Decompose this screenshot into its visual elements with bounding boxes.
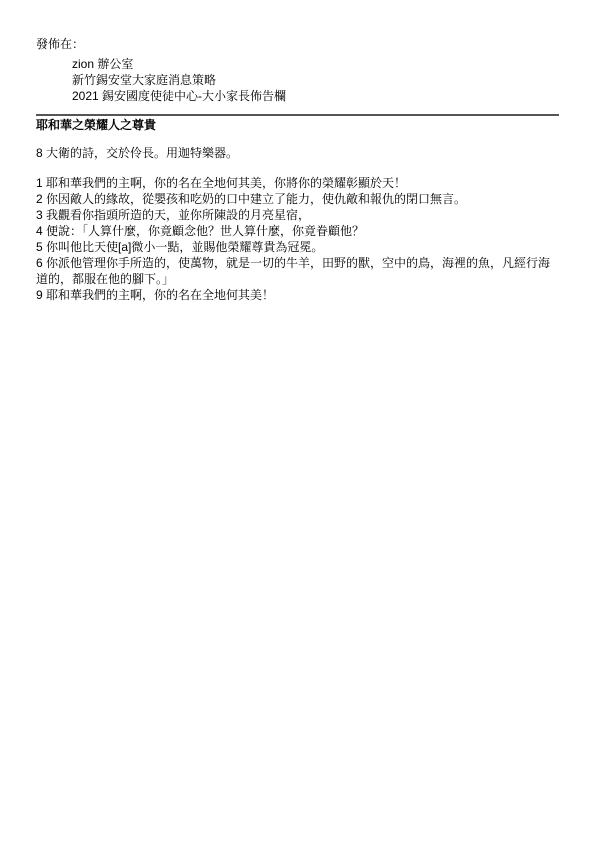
verse-line: 2 你因敵人的緣故，從嬰孩和吃奶的口中建立了能力，使仇敵和報仇的閉口無言。 [36, 191, 559, 207]
document-page: 發佈在： zion 辦公室新竹錫安堂大家庭消息策略2021 錫安國度使徒中心-大… [0, 0, 595, 842]
section-divider [36, 114, 559, 116]
verse-line: 3 我觀看你指頭所造的天，並你所陳設的月亮星宿， [36, 207, 559, 223]
verse-list: 1 耶和華我們的主啊，你的名在全地何其美，你將你的榮耀彰顯於天！2 你因敵人的緣… [36, 175, 559, 303]
verse-line: 4 便說：「人算什麼，你竟顧念他？世人算什麼，你竟眷顧他？ [36, 223, 559, 239]
article-title: 耶和華之榮耀人之尊貴 [36, 117, 559, 133]
verse-line: 1 耶和華我們的主啊，你的名在全地何其美，你將你的榮耀彰顯於天！ [36, 175, 559, 191]
publish-channel: 新竹錫安堂大家庭消息策略 [72, 72, 559, 88]
verse-line: 9 耶和華我們的主啊，你的名在全地何其美！ [36, 287, 559, 303]
verse-line: 6 你派他管理你手所造的，使萬物，就是一切的牛羊，田野的獸，空中的鳥，海裡的魚，… [36, 255, 559, 287]
publish-block: 發佈在： zion 辦公室新竹錫安堂大家庭消息策略2021 錫安國度使徒中心-大… [36, 36, 559, 104]
publish-channel-list: zion 辦公室新竹錫安堂大家庭消息策略2021 錫安國度使徒中心-大小家長佈告… [72, 56, 559, 104]
verse-line: 5 你叫他比天使[a]微小一點，並賜他榮耀尊貴為冠冕。 [36, 239, 559, 255]
publish-channel: 2021 錫安國度使徒中心-大小家長佈告欄 [72, 88, 559, 104]
publish-label: 發佈在： [36, 36, 559, 52]
publish-channel: zion 辦公室 [72, 56, 559, 72]
psalm-superscription: 8 大衛的詩，交於伶長。用迦特樂器。 [36, 145, 559, 161]
